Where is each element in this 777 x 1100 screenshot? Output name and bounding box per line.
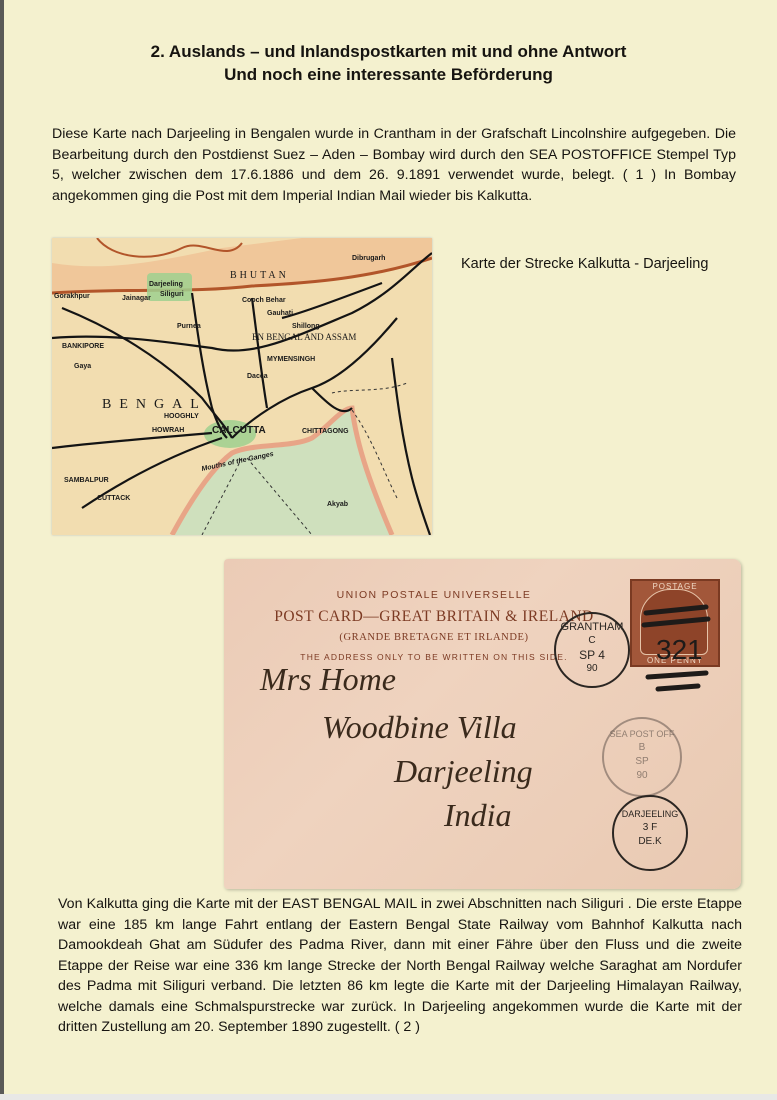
postmark-sea-post-office: SEA POST OFF B SP 90 bbox=[602, 717, 682, 797]
svg-text:Darjeeling: Darjeeling bbox=[149, 281, 183, 288]
svg-text:CALCUTTA: CALCUTTA bbox=[212, 425, 266, 436]
svg-text:BANKIPORE: BANKIPORE bbox=[62, 343, 104, 350]
svg-text:MYMENSINGH: MYMENSINGH bbox=[267, 356, 315, 363]
duplex-cancel-bars: 321 bbox=[636, 595, 720, 695]
route-map-image: Darjeeling Siliguri CALCUTTA CHITTAGONG … bbox=[52, 238, 432, 535]
svg-text:Shillong: Shillong bbox=[292, 323, 320, 330]
svg-text:Jainagar: Jainagar bbox=[122, 295, 151, 302]
svg-text:EN BENGAL AND ASSAM: EN BENGAL AND ASSAM bbox=[252, 332, 356, 342]
svg-text:CHITTAGONG: CHITTAGONG bbox=[302, 428, 349, 435]
postmark-darjeeling: DARJEELING 3 F DE.K bbox=[612, 795, 688, 871]
postcard-upu-line: UNION POSTALE UNIVERSELLE bbox=[224, 589, 644, 601]
svg-text:Gauhati: Gauhati bbox=[267, 310, 293, 317]
svg-text:Purnea: Purnea bbox=[177, 323, 201, 330]
title-line-2: Und noch eine interessante Beförderung bbox=[0, 63, 777, 86]
page-title: 2. Auslands – und Inlandspostkarten mit … bbox=[0, 40, 777, 86]
address-line-2: Woodbine Villa bbox=[322, 709, 517, 746]
title-line-1: 2. Auslands – und Inlandspostkarten mit … bbox=[0, 40, 777, 63]
address-line-3: Darjeeling bbox=[394, 753, 533, 790]
svg-text:BENGAL: BENGAL bbox=[102, 397, 207, 412]
postcard-image: UNION POSTALE UNIVERSELLE POST CARD—GREA… bbox=[224, 559, 741, 889]
svg-text:SAMBALPUR: SAMBALPUR bbox=[64, 477, 109, 484]
svg-text:CUTTACK: CUTTACK bbox=[97, 495, 130, 502]
svg-text:Siliguri: Siliguri bbox=[160, 291, 184, 298]
svg-text:Dacca: Dacca bbox=[247, 373, 268, 380]
intro-paragraph: Diese Karte nach Darjeeling in Bengalen … bbox=[52, 124, 736, 206]
svg-text:321: 321 bbox=[656, 634, 703, 665]
page-bottom-edge bbox=[0, 1094, 777, 1100]
map-graphic: Darjeeling Siliguri CALCUTTA CHITTAGONG … bbox=[52, 238, 432, 535]
map-caption: Karte der Strecke Kalkutta - Darjeeling bbox=[461, 256, 708, 272]
svg-text:Cooch Behar: Cooch Behar bbox=[242, 297, 286, 304]
address-line-1: Mrs Home bbox=[260, 661, 396, 698]
postmark-grantham: GRANTHAM C SP 4 90 bbox=[554, 612, 630, 688]
svg-text:HOOGHLY: HOOGHLY bbox=[164, 413, 199, 420]
address-line-4: India bbox=[444, 797, 512, 834]
svg-text:Dibrugarh: Dibrugarh bbox=[352, 255, 385, 262]
svg-text:HOWRAH: HOWRAH bbox=[152, 427, 184, 434]
svg-text:BHUTAN: BHUTAN bbox=[230, 270, 289, 281]
closing-paragraph: Von Kalkutta ging die Karte mit der EAST… bbox=[58, 894, 742, 1038]
svg-text:Gorakhpur: Gorakhpur bbox=[54, 293, 90, 300]
page-edge bbox=[0, 0, 4, 1100]
svg-text:Akyab: Akyab bbox=[327, 501, 348, 508]
svg-text:Gaya: Gaya bbox=[74, 363, 91, 370]
